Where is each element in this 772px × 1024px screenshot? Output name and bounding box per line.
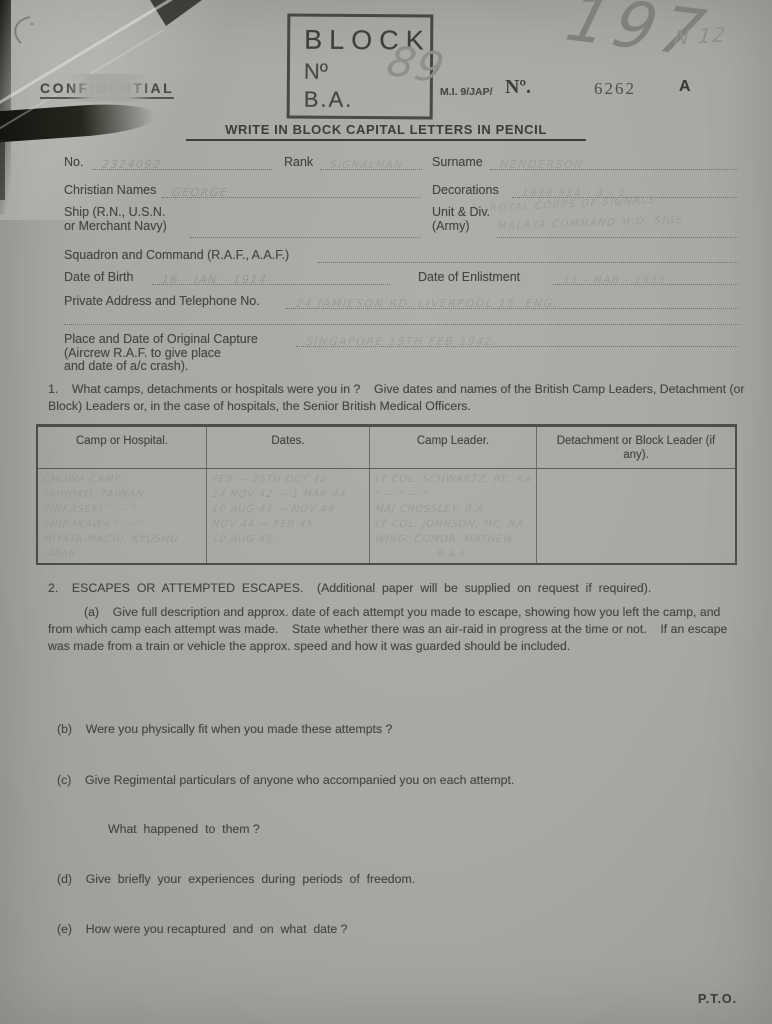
file-serial-number: 6262 (594, 79, 636, 99)
question-2c-followup-text: What happened to them ? (108, 821, 708, 838)
handwritten-camp-line: TAIHOKU, TAIWAN. (42, 487, 203, 502)
question-2c-text: (c) Give Regimental particulars of anyon… (57, 772, 737, 789)
stamp-line-ba: B.A. (304, 87, 354, 113)
form-title: WRITE IN BLOCK CAPITAL LETTERS IN PENCIL (186, 122, 586, 141)
camps-table-body: CHOWA CAMP, TAIHOKU, TAIWAN. KINKASEKI "… (38, 469, 735, 563)
handwritten-date-of-enlistment: 11 - MAR - 1935 (562, 275, 666, 286)
field-line-date-of-birth: 16 - JAN - 1914 (152, 267, 390, 285)
cell-camp-leaders: LT COL. SCHWARTZ, RE, RA " — " — " MAJ C… (370, 469, 537, 563)
handwritten-camp-line: JAPAN (42, 547, 203, 562)
field-label-rank: Rank (284, 155, 313, 170)
scanned-pow-questionnaire-page: CONFIDENTIAL BLOCK Nº B.A. 89 M.I. 9/JAP… (0, 0, 772, 1024)
handwritten-date-line: 14 NOV 42 — 1 MAR 44 (211, 487, 366, 502)
field-label-date-of-enlistment: Date of Enlistment (418, 270, 520, 285)
handwritten-camp-line: SHIRAKAWA " — " (42, 517, 203, 532)
handwritten-camp-line: KINKASEKI " — " (42, 502, 203, 517)
handwritten-date-line: 10 AUG 43 — NOV 44 (211, 502, 366, 517)
handwritten-camp-line: CHOWA CAMP, (42, 472, 203, 487)
page-turn-over-label: P.T.O. (698, 992, 737, 1006)
field-line-ship (190, 220, 420, 238)
field-label-squadron: Squadron and Command (R.A.F., A.A.F.) (64, 248, 289, 263)
field-label-date-of-birth: Date of Birth (64, 270, 133, 285)
handwritten-leader-line: WING. COMDR. MATHEW (374, 532, 533, 547)
question-2d-text: (d) Give briefly your experiences during… (57, 871, 737, 888)
field-line-surname: HENDERSON (490, 152, 738, 170)
question-2b-text: (b) Were you physically fit when you mad… (57, 721, 737, 738)
field-line-rank: SIGNALMAN (320, 152, 422, 170)
handwritten-leader-line: R.A.F. (374, 547, 533, 562)
handwritten-camp-line: MIYATA-MACHI, KYUSHU (42, 532, 203, 547)
scan-artifact-dark-triangle (150, 0, 202, 26)
handwritten-service-number: 2324092 (101, 158, 162, 171)
col-header-camp-leader: Camp Leader. (370, 427, 537, 468)
handwritten-leader-line: LT COL. JOHNSON, MC, RA (374, 517, 533, 532)
handwritten-date-line: 10 AUG 45. (211, 532, 366, 547)
cell-camps: CHOWA CAMP, TAIHOKU, TAIWAN. KINKASEKI "… (38, 469, 207, 563)
field-label-ship-1: Ship (R.N., U.S.N. (64, 205, 165, 220)
pencil-squiggle (6, 14, 40, 48)
field-label-army: (Army) (432, 219, 470, 234)
mi9-reference: M.I. 9/JAP/ (440, 86, 493, 98)
stamp-line-no: Nº (304, 59, 328, 85)
field-label-ship-2: or Merchant Navy) (64, 219, 167, 234)
field-label-no: No. (64, 155, 83, 170)
handwritten-christian-names: GEORGE (171, 186, 229, 199)
handwritten-capture: SINGAPORE 15TH FEB 1942. (305, 335, 499, 348)
handwritten-surname: HENDERSON (499, 158, 584, 171)
handwritten-annotation-top-right: N 12 (673, 22, 728, 50)
field-line-date-of-enlistment: 11 - MAR - 1935 (553, 267, 738, 285)
field-line-christian-names: GEORGE (162, 180, 420, 198)
question-2e-text: (e) How were you recaptured and on what … (57, 921, 737, 938)
field-label-decorations: Decorations (432, 183, 499, 198)
series-letter: A (679, 78, 691, 96)
handwritten-block-number: 89 (382, 36, 451, 92)
field-label-capture-note-2: and date of a/c crash). (64, 359, 188, 374)
field-line-capture: SINGAPORE 15TH FEB 1942. (296, 329, 738, 347)
field-line-address-continuation (64, 307, 740, 325)
handwritten-date-line: NOV 44 — FEB 45. (211, 517, 366, 532)
field-label-surname: Surname (432, 155, 483, 170)
file-no-label: Nº. (505, 76, 531, 99)
confidential-stamp: CONFIDENTIAL (40, 80, 174, 99)
handwritten-date-line: FEB — 25TH OCT 42. (211, 472, 366, 487)
handwritten-leader-line: MAJ CROSSLEY, R.A (374, 502, 533, 517)
section-2-heading: 2. ESCAPES OR ATTEMPTED ESCAPES. (Additi… (48, 580, 748, 597)
question-1-text: 1. What camps, detachments or hospitals … (48, 381, 748, 415)
field-line-no: 2324092 (92, 152, 272, 170)
field-label-unit-div: Unit & Div. (432, 205, 490, 220)
col-header-detachment-leader: Detachment or Block Leader (if any). (537, 427, 735, 468)
cell-detachment-leaders (537, 469, 735, 563)
cell-dates: FEB — 25TH OCT 42. 14 NOV 42 — 1 MAR 44 … (207, 469, 370, 563)
handwritten-leader-line: LT COL. SCHWARTZ, RE, RA (374, 472, 533, 487)
scan-artifact-left-edge-lower (0, 140, 5, 200)
camps-table: Camp or Hospital. Dates. Camp Leader. De… (36, 424, 737, 565)
question-2a-text: (a) Give full description and approx. da… (48, 604, 748, 655)
handwritten-leader-line: " — " — " (374, 487, 533, 502)
col-header-camp: Camp or Hospital. (38, 427, 207, 468)
field-label-christian-names: Christian Names (64, 183, 156, 198)
field-line-squadron (318, 245, 738, 263)
camps-table-header: Camp or Hospital. Dates. Camp Leader. De… (38, 427, 735, 469)
field-label-capture: Place and Date of Original Capture (64, 332, 258, 347)
handwritten-date-of-birth: 16 - JAN - 1914 (161, 273, 268, 286)
col-header-dates: Dates. (207, 427, 370, 468)
handwritten-rank: SIGNALMAN (329, 160, 404, 171)
